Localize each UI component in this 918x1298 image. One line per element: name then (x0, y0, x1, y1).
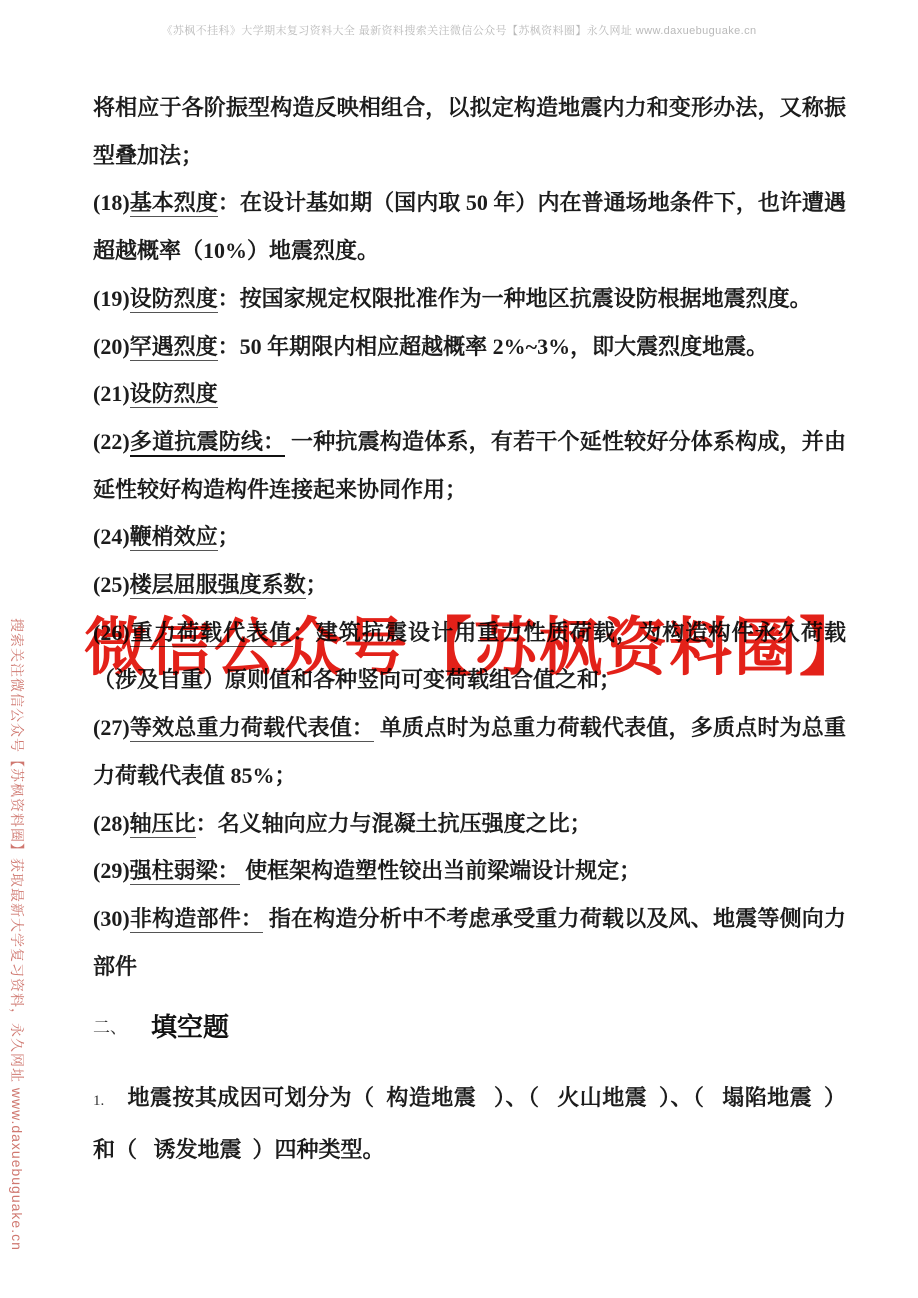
item-text: 地震按其成因可划分为（ 构造地震 ）、（ 火山地震 ）、（ 塌陷地震 ）和（ 诱… (93, 1085, 846, 1162)
side-vertical-note: 搜索关注微信公众号【苏枫资料圈】获取最新大学复习资料，永久网址 www.daxu… (7, 618, 27, 1251)
item-number: 1. (93, 1078, 127, 1126)
paragraph-text: ； (306, 572, 328, 597)
paragraph-21: (21)设防烈度 (93, 370, 846, 418)
red-watermark: 微信公众号【苏枫资料圈】 (84, 597, 864, 688)
term-label: 基本烈度 (130, 190, 218, 217)
term-prefix: (28) (93, 811, 130, 836)
paragraph-20: (20)罕遇烈度：50 年期限内相应超越概率 2%~3%，即大震烈度地震。 (93, 323, 846, 371)
paragraph-27: (27)等效总重力荷载代表值： 单质点时为总重力荷载代表值，多质点时为总重力荷载… (93, 704, 846, 799)
paragraph-text: 使框架构造塑性铰出当前梁端设计规定； (240, 858, 642, 883)
section-number: 二、 (93, 1008, 151, 1048)
document-page: 《苏枫不挂科》大学期末复习资料大全 最新资料搜索关注微信公众号【苏枫资料圈】永久… (0, 0, 918, 1298)
term-prefix: (19) (93, 286, 130, 311)
term-prefix: (29) (93, 858, 130, 883)
paragraph-28: (28)轴压比：名义轴向应力与混凝土抗压强度之比； (93, 800, 846, 848)
term-label: 轴压比 (130, 811, 196, 838)
term-prefix: (30) (93, 906, 130, 931)
term-prefix: (22) (93, 429, 130, 454)
term-label: 非构造部件： (130, 906, 263, 933)
term-label: 多道抗震防线： (130, 429, 286, 457)
term-label: 楼层屈服强度系数 (130, 572, 306, 599)
paragraph-24: (24)鞭梢效应； (93, 513, 846, 561)
paragraph-19: (19)设防烈度：按国家规定权限批准作为一种地区抗震设防根据地震烈度。 (93, 275, 846, 323)
term-prefix: (25) (93, 572, 130, 597)
term-prefix: (18) (93, 190, 130, 215)
paragraph-29: (29)强柱弱梁： 使框架构造塑性铰出当前梁端设计规定； (93, 847, 846, 895)
term-label: 罕遇烈度 (130, 334, 218, 361)
term-label: 设防烈度 (130, 381, 218, 408)
page-header-note: 《苏枫不挂科》大学期末复习资料大全 最新资料搜索关注微信公众号【苏枫资料圈】永久… (0, 22, 918, 38)
section-heading: 二、填空题 (93, 1006, 846, 1048)
term-label: 鞭梢效应 (130, 524, 218, 551)
term-prefix: (21) (93, 381, 130, 406)
term-prefix: (24) (93, 524, 130, 549)
paragraph-intro: 将相应于各阶振型构造反映相组合，以拟定构造地震内力和变形办法，又称振型叠加法； (93, 84, 846, 179)
paragraph-22: (22)多道抗震防线： 一种抗震构造体系，有若干个延性较好分体系构成，并由延性较… (93, 418, 846, 513)
paragraph-text: ； (218, 524, 240, 549)
section-title: 填空题 (151, 1013, 229, 1042)
fill-in-item-1: 1.地震按其成因可划分为（ 构造地震 ）、（ 火山地震 ）、（ 塌陷地震 ）和（… (93, 1074, 846, 1173)
paragraph-text: ：50 年期限内相应超越概率 2%~3%，即大震烈度地震。 (218, 334, 768, 359)
term-prefix: (27) (93, 715, 130, 740)
term-prefix: (20) (93, 334, 130, 359)
term-label: 设防烈度 (130, 286, 218, 313)
paragraph-text: ：名义轴向应力与混凝土抗压强度之比； (196, 811, 592, 836)
term-label: 等效总重力荷载代表值： (130, 715, 374, 742)
term-label: 强柱弱梁： (130, 858, 240, 885)
paragraph-18: (18)基本烈度：在设计基如期（国内取 50 年）内在普通场地条件下，也许遭遇超… (93, 179, 846, 274)
paragraph-30: (30)非构造部件： 指在构造分析中不考虑承受重力荷载以及风、地震等侧向力部件 (93, 895, 846, 990)
paragraph-text: 将相应于各阶振型构造反映相组合，以拟定构造地震内力和变形办法，又称振型叠加法； (93, 95, 846, 168)
paragraph-text: ：按国家规定权限批准作为一种地区抗震设防根据地震烈度。 (218, 286, 812, 311)
